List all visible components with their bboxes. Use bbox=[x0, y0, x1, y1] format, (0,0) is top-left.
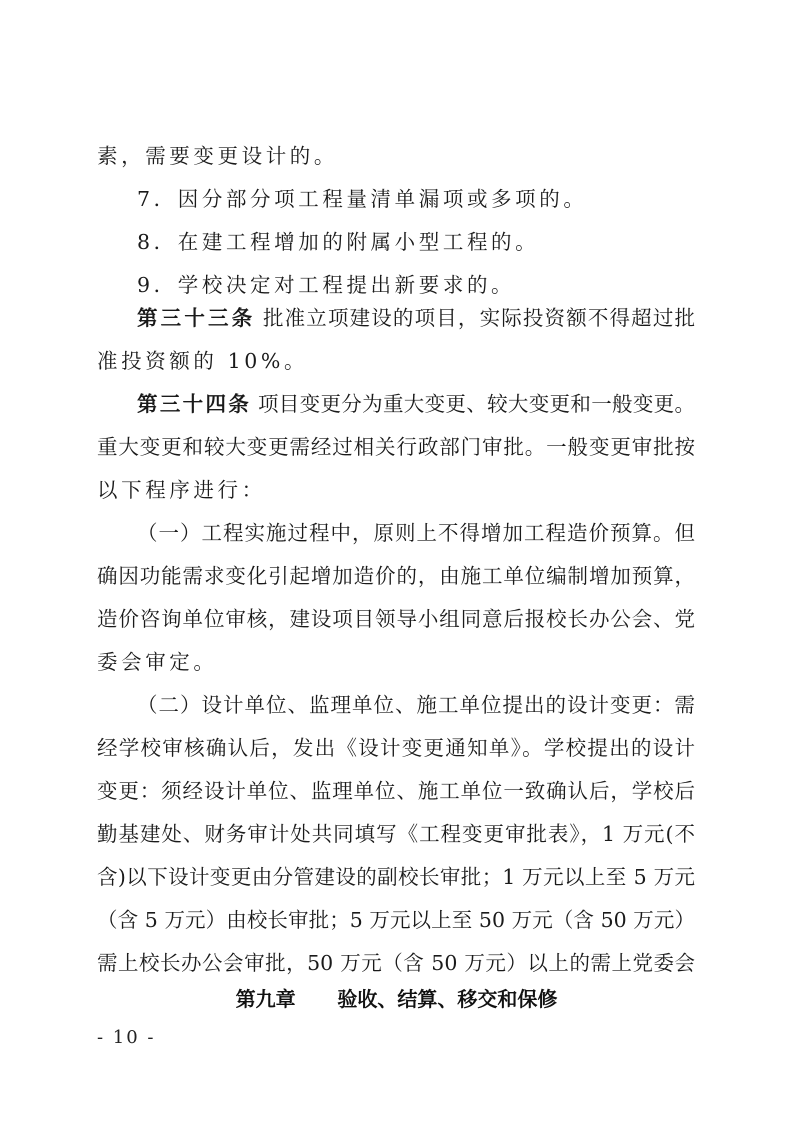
article-34-label: 第三十四条 bbox=[137, 392, 251, 416]
item-1-line-1: （一）工程实施过程中，原则上不得增加工程造价预算。但 bbox=[137, 520, 695, 546]
article-33-line-1: 第三十三条 批准立项建设的项目，实际投资额不得超过批 bbox=[137, 305, 695, 331]
chapter-number: 第九章 bbox=[236, 987, 296, 1011]
chapter-heading: 第九章 验收、结算、移交和保修 bbox=[0, 983, 793, 1012]
page-number: - 10 - bbox=[97, 1027, 156, 1048]
chapter-title: 验收、结算、移交和保修 bbox=[337, 987, 557, 1011]
article-33-line-2: 准投资额的 10%。 bbox=[97, 348, 697, 374]
item-1-line-4: 委会审定。 bbox=[97, 649, 697, 675]
item-2-line-3: 变更：须经设计单位、监理单位、施工单位一致确认后，学校后 bbox=[97, 778, 695, 804]
item-1-line-3: 造价咨询单位审核，建设项目领导小组同意后报校长办公会、党 bbox=[97, 606, 695, 632]
item-2-line-7: 需上校长办公会审批，50 万元（含 50 万元）以上的需上党委会 bbox=[97, 950, 695, 976]
paragraph-line: 素，需要变更设计的。 bbox=[97, 143, 697, 169]
document-page: 素，需要变更设计的。 7．因分部分项工程量清单漏项或多项的。 8．在建工程增加的… bbox=[0, 0, 793, 1122]
item-2-line-6: （含 5 万元）由校长审批；5 万元以上至 50 万元（含 50 万元） bbox=[97, 907, 695, 933]
article-34-line-1: 第三十四条 项目变更分为重大变更、较大变更和一般变更。 bbox=[137, 391, 695, 417]
item-2-line-4: 勤基建处、财务审计处共同填写《工程变更审批表》，1 万元(不 bbox=[97, 821, 695, 847]
article-34-text: 项目变更分为重大变更、较大变更和一般变更。 bbox=[258, 392, 695, 416]
list-item-8: 8．在建工程增加的附属小型工程的。 bbox=[137, 229, 737, 255]
item-2-line-5: 含)以下设计变更由分管建设的副校长审批；1 万元以上至 5 万元 bbox=[97, 864, 695, 890]
item-2-line-2: 经学校审核确认后，发出《设计变更通知单》。学校提出的设计 bbox=[97, 735, 695, 761]
article-33-label: 第三十三条 bbox=[137, 306, 255, 330]
article-34-line-3: 以下程序进行： bbox=[97, 477, 697, 503]
article-34-line-2: 重大变更和较大变更需经过相关行政部门审批。一般变更审批按 bbox=[97, 434, 695, 460]
item-2-line-1: （二）设计单位、监理单位、施工单位提出的设计变更：需 bbox=[137, 692, 695, 718]
article-33-text: 批准立项建设的项目，实际投资额不得超过批 bbox=[263, 306, 695, 330]
list-item-7: 7．因分部分项工程量清单漏项或多项的。 bbox=[137, 186, 737, 212]
list-item-9: 9．学校决定对工程提出新要求的。 bbox=[137, 272, 737, 298]
item-1-line-2: 确因功能需求变化引起增加造价的，由施工单位编制增加预算， bbox=[97, 563, 695, 589]
